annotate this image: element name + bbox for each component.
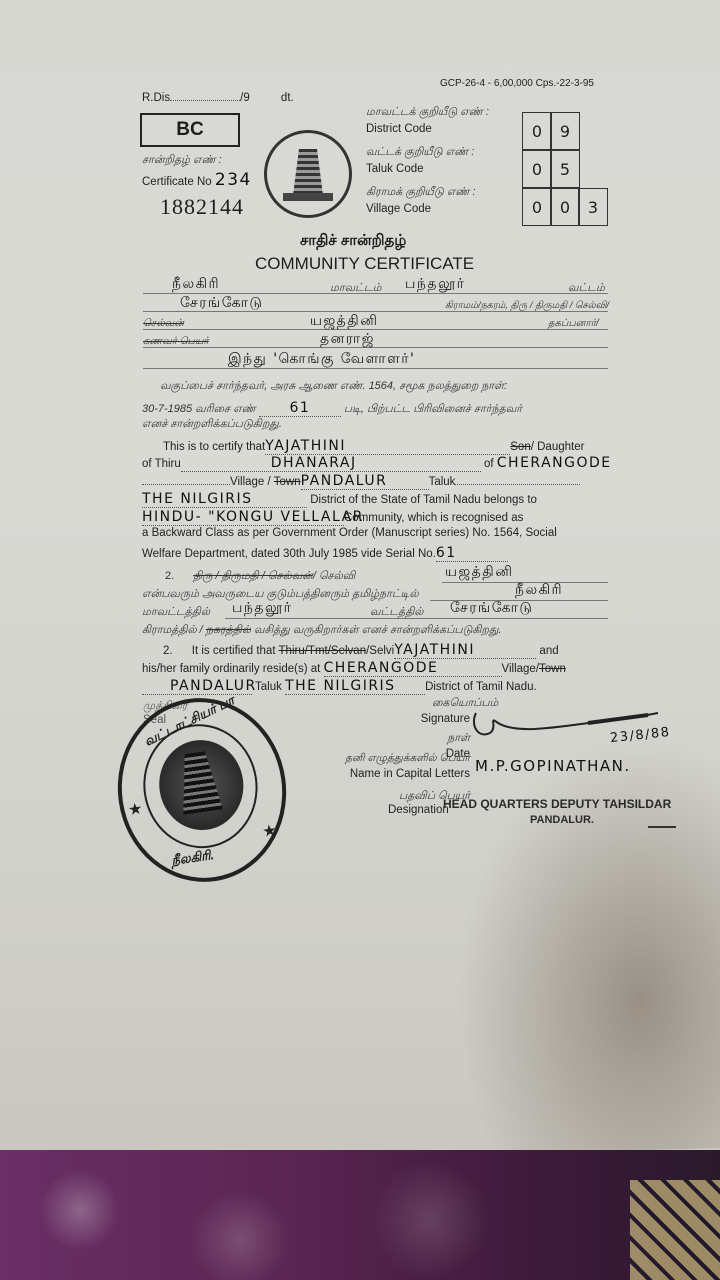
title: COMMUNITY CERTIFICATE [255, 254, 474, 274]
taluk-label: Taluk [429, 476, 456, 488]
official-seal-stamp: ★ ★ வட்டாட்சியர் பா நீலகிரி. [106, 687, 298, 893]
certificate-paper: GCP-26-4 - 6,00,000 Cps.-22-3-95 R.Dis/9… [0, 0, 720, 1180]
form-code: GCP-26-4 - 6,00,000 Cps.-22-3-95 [440, 78, 594, 89]
welfare-serial-hand: 61 [436, 545, 508, 562]
line4-a: கிராமத்தில் / [142, 624, 203, 636]
welfare-text: Welfare Department, dated 30th July 1985… [142, 548, 436, 560]
star-icon: ★ [127, 799, 144, 821]
daughter-label: / Daughter [531, 441, 585, 453]
rdis-line: R.Dis/9 dt. [142, 92, 294, 104]
serial-number: 1882144 [160, 194, 244, 220]
en-village-label: Village/ [502, 663, 540, 675]
town-label: Town [274, 476, 301, 488]
father-line: of ThiruDHANARAJ of CHERANGODE [142, 455, 612, 472]
signature-label: Signature [410, 713, 470, 725]
husband-label-text: கணவர் பெயர் [143, 336, 209, 347]
dots-field [455, 484, 580, 485]
taluk-digit-1: 0 [522, 150, 552, 188]
certificate-no-tamil: சான்றிதழ் எண் : [142, 154, 222, 168]
en-para2-village-hand: CHERANGODE [324, 660, 502, 677]
certificate-no-label: Certificate No [142, 176, 212, 188]
para2-number: 2. [165, 570, 174, 582]
rdis-field [170, 100, 240, 101]
en-para2-name-hand: YAJATHINI [394, 642, 536, 659]
village-code-tamil: கிராமக் குறியீடு எண் : [366, 186, 476, 200]
en-town-struck: Town [539, 663, 566, 675]
tamil-community-hand: இந்து 'கொங்கு வேளாளர்' [228, 351, 415, 369]
son-label: Son [510, 441, 530, 453]
district-digit-1: 0 [522, 112, 552, 150]
name-label: Name in Capital Letters [300, 768, 470, 780]
star-icon: ★ [261, 820, 278, 842]
en-district-text: District of Tamil Nadu. [425, 681, 537, 693]
village-digit-3: 3 [578, 188, 608, 226]
village-town-label: Village / [230, 476, 271, 488]
para-line2-a: 30-7-1985 வரிசை எண் [142, 403, 256, 415]
tamil-para2-line4: கிராமத்தில் / நகரத்தில் வசித்து வருகிறார… [142, 624, 501, 638]
en-para2-number: 2. [163, 645, 173, 657]
of-label: of [484, 458, 494, 470]
tamil-husband-label: கணவர் பெயர் [143, 336, 209, 348]
taluk-code-tamil: வட்டக் குறியீடு எண் : [366, 146, 474, 160]
titles-struck: திரு / திருமதி / செல்வன் [193, 570, 313, 582]
tamil-para2-village-hand: சேரங்கோடு [450, 600, 533, 618]
district-digit-2: 9 [550, 112, 580, 150]
village-code-label: Village Code [366, 203, 431, 215]
district-code-tamil: மாவட்டக் குறியீடு எண் : [366, 106, 489, 120]
officer-name: M.P.GOPINATHAN. [475, 757, 631, 775]
certified-label: It is certified that [192, 645, 276, 657]
tamil-name-hand: யஜத்தினி [310, 313, 379, 331]
tamil-nadu-emblem-icon [264, 130, 352, 218]
date-tamil: நாள் [444, 732, 470, 746]
rdis-suffix: /9 [240, 92, 250, 104]
en-selvi-label: /Selvi [366, 645, 394, 657]
taluk-hand: PANDALUR [301, 473, 429, 490]
tamil-district-label: மாவட்டம் [330, 282, 382, 296]
line4-struck: நகரத்தில் [206, 624, 251, 636]
certify-line: This is to certify thatYAJATHINISon/ Dau… [163, 438, 584, 455]
tamil-selvan-label: செல்வன் [143, 318, 184, 330]
dt-label: dt. [281, 92, 294, 104]
of-thiru-label: of Thiru [142, 458, 181, 470]
en-para2-district-hand: THE NILGIRIS [285, 678, 425, 695]
welfare-line: Welfare Department, dated 30th July 1985… [142, 545, 508, 562]
line-rule [648, 826, 676, 828]
tamil-para2-line1: 2. திரு / திருமதி / செல்வன்/ செல்வி [165, 570, 355, 584]
district-code-label: District Code [366, 123, 432, 135]
tamil-village-label: கிராமம்/நகரம், திரு / திருமதி / செல்வி/ [445, 300, 609, 312]
en-taluk-label: Taluk [255, 681, 282, 693]
tamil-para-line1: வகுப்பைச் சார்ந்தவர், அரசு ஆணை எண். 1564… [160, 380, 507, 394]
tamil-taluk-label: வட்டம் [568, 282, 605, 296]
tamil-taluk-hand: பந்தலூர் [405, 276, 465, 294]
designation-label: Designation [388, 804, 449, 816]
certify-label: This is to certify that [163, 441, 265, 453]
selvi-label: / செல்வி [313, 570, 355, 582]
en-titles-struck: Thiru/Tmt/Selvan [279, 645, 367, 657]
community-hand: HINDU- "KONGU VELLALAR [142, 509, 344, 526]
category-badge: BC [140, 113, 240, 147]
backward-line: a Backward Class as per Government Order… [142, 527, 557, 539]
line4-b: வசித்து வருகிறார்கள் எனச் சான்றளிக்கப்பட… [254, 624, 502, 636]
tamil-father-hand: தனராஜ் [320, 331, 375, 349]
tamil-para-line2: 30-7-1985 வரிசை எண் 61 படி, பிற்பட்ட பிர… [142, 400, 522, 417]
temple-tower-icon [293, 149, 323, 195]
english-para2-line2: his/her family ordinarily reside(s) at C… [142, 660, 566, 677]
district-hand: THE NILGIRIS [142, 491, 307, 508]
cloth-pattern [630, 1180, 720, 1280]
tamil-para-line3: எனச் சான்றளிக்கப்படுகிறது. [142, 418, 282, 432]
certificate-no-value: 234 [215, 170, 252, 190]
tamil-village-hand: சேரங்கோடு [180, 295, 263, 313]
community-text: Community, which is recognised as [344, 512, 523, 524]
village-digit-1: 0 [522, 188, 552, 226]
tamil-district-hand: நீலகிரி [172, 276, 220, 294]
tamil-para2-taluk-hand: பந்தலூர் [232, 600, 292, 618]
para-serial-hand: 61 [259, 400, 341, 417]
en-para2-taluk-hand: PANDALUR [142, 678, 252, 695]
title-tamil: சாதிச் சான்றிதழ் [300, 232, 406, 251]
village-hand: CHERANGODE [497, 455, 612, 471]
tamil-para2-taluk-label: வட்டத்தில் [370, 606, 423, 620]
district-text: District of the State of Tamil Nadu belo… [310, 494, 537, 506]
dots-field [142, 484, 230, 485]
reside-label: his/her family ordinarily reside(s) at [142, 663, 320, 675]
and-label: and [539, 645, 558, 657]
stamp-bottom-text: நீலகிரி. [170, 847, 215, 870]
english-para2-line1: 2. It is certified that Thiru/Tmt/Selvan… [163, 642, 559, 659]
tamil-father-label: தகப்பனார்/ [548, 318, 599, 330]
tamil-para2-district-label: மாவட்டத்தில் [142, 606, 210, 620]
village-digit-2: 0 [550, 188, 580, 226]
taluk-code-label: Taluk Code [366, 163, 424, 175]
designation-place: PANDALUR. [530, 814, 594, 826]
rdis-label: R.Dis [142, 92, 170, 104]
emblem-base [283, 193, 333, 201]
designation-value: HEAD QUARTERS DEPUTY TAHSILDAR [443, 797, 671, 811]
village-town-line: Village / TownPANDALURTaluk [142, 473, 580, 490]
tamil-para2-district-hand: நீலகிரி [515, 582, 563, 600]
name-tamil: தனி எழுத்துக்களில் பெயர் [330, 752, 470, 765]
community-line: HINDU- "KONGU VELLALARCommunity, which i… [142, 509, 523, 526]
para-line2-b: படி, பிற்பட்ட பிரிவினைச் சார்ந்தவர் [344, 403, 522, 415]
certify-name-hand: YAJATHINI [265, 438, 510, 455]
line-rule [143, 347, 608, 348]
taluk-digit-2: 5 [550, 150, 580, 188]
background-cloth [0, 1150, 720, 1280]
tamil-para2-name-hand: யஜத்தினி [445, 564, 514, 582]
certificate-no-line: Certificate No 234 [142, 170, 252, 190]
district-line: THE NILGIRIS District of the State of Ta… [142, 491, 537, 508]
english-para2-line3: PANDALUR Taluk THE NILGIRISDistrict of T… [142, 678, 537, 695]
father-hand: DHANARAJ [181, 455, 481, 472]
